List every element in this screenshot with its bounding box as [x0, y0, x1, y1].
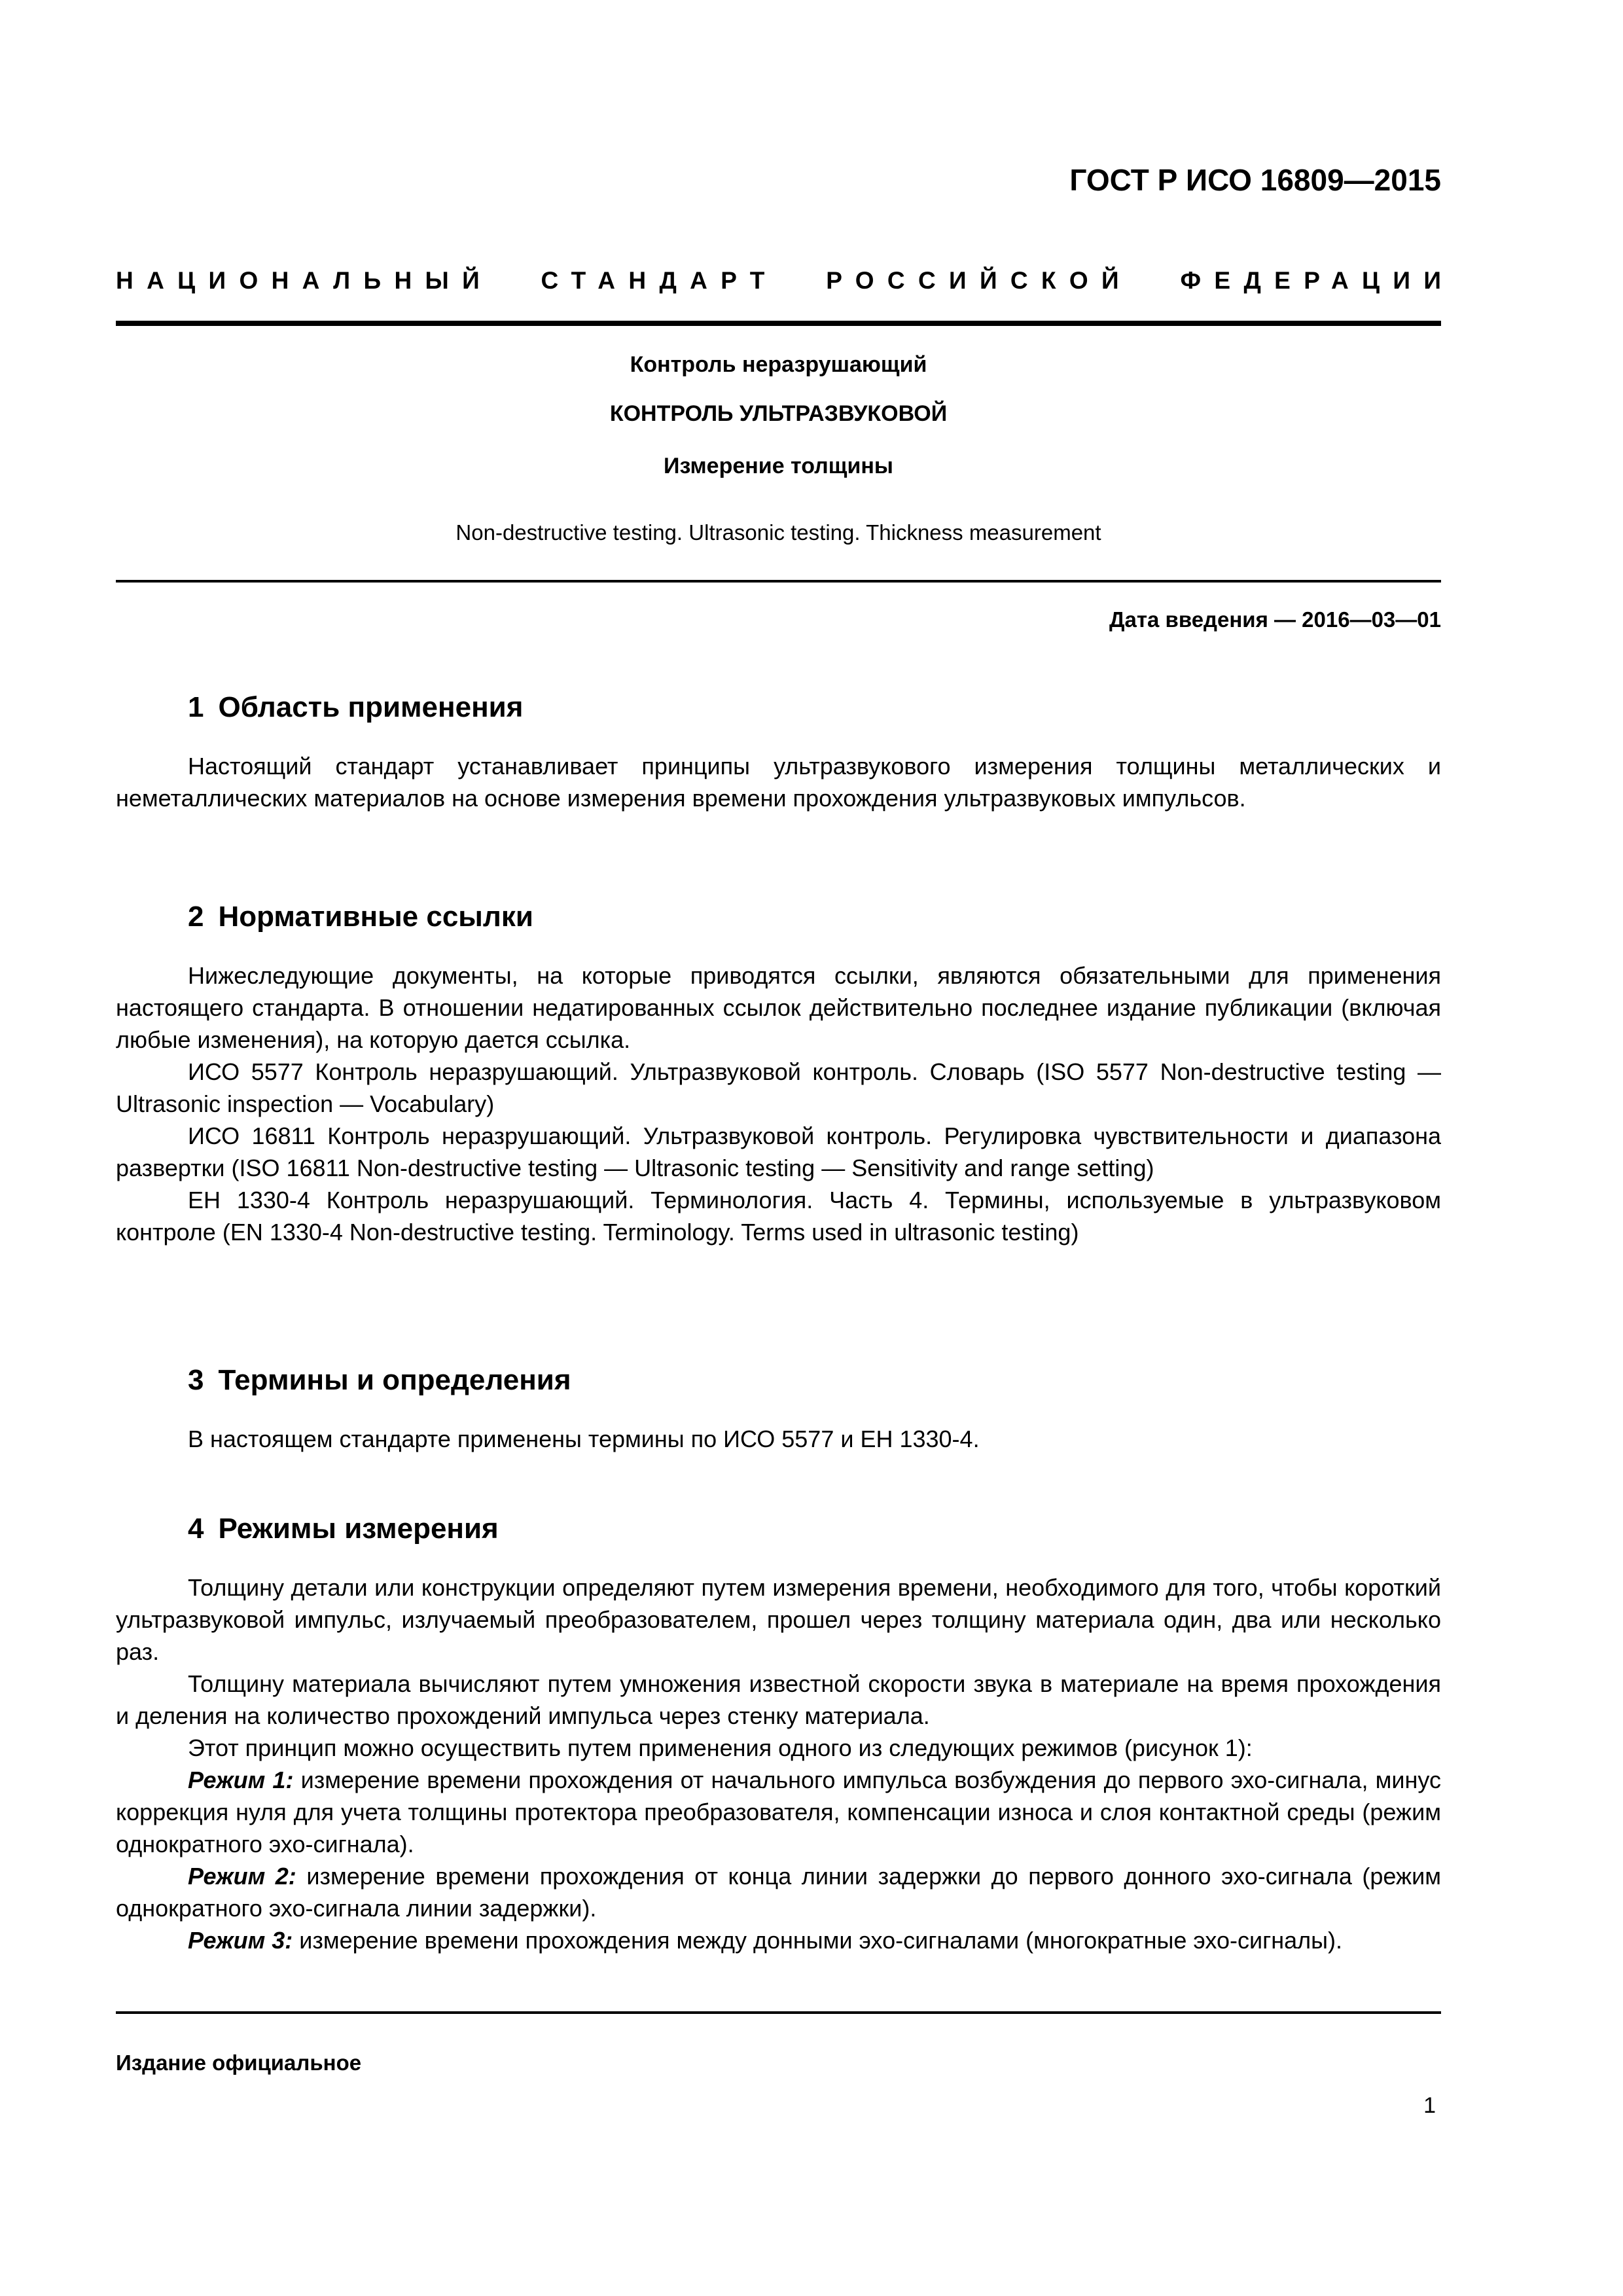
section-title: Термины и определения — [218, 1364, 571, 1396]
section-title: Нормативные ссылки — [218, 901, 533, 933]
official-edition-label: Издание официальное — [116, 2051, 361, 2075]
section-title: Область применения — [218, 691, 523, 723]
reference-iso-16811: ИСО 16811 Контроль неразрушающий. Ультра… — [116, 1120, 1441, 1184]
paragraph: Этот принцип можно осуществить путем при… — [116, 1732, 1441, 1764]
section-number: 4 — [188, 1513, 204, 1545]
section-2: 2Нормативные ссылки Нижеследующие докуме… — [116, 900, 1441, 1248]
standard-code: ГОСТ Р ИСО 16809—2015 — [1069, 162, 1441, 198]
mode-2: Режим 2: измерение времени прохождения о… — [116, 1860, 1441, 1924]
section-heading: 3Термины и определения — [116, 1363, 1441, 1398]
section-number: 2 — [188, 901, 204, 933]
mode-3: Режим 3: измерение времени прохождения м… — [116, 1924, 1441, 1956]
banner-word: НАЦИОНАЛЬНЫЙ — [116, 267, 493, 295]
national-standard-banner: НАЦИОНАЛЬНЫЙ СТАНДАРТ РОССИЙСКОЙ ФЕДЕРАЦ… — [116, 267, 1441, 295]
mode-text: измерение времени прохождения от конца л… — [116, 1863, 1441, 1922]
reference-iso-5577: ИСО 5577 Контроль неразрушающий. Ультраз… — [116, 1056, 1441, 1120]
header-rule — [116, 321, 1441, 326]
title-english: Non-destructive testing. Ultrasonic test… — [116, 520, 1441, 545]
section-number: 3 — [188, 1364, 204, 1396]
title-line-3: Измерение толщины — [116, 454, 1441, 479]
banner-word: СТАНДАРТ — [541, 267, 778, 295]
page-number: 1 — [1423, 2093, 1436, 2119]
title-line-1: Контроль неразрушающий — [116, 352, 1441, 378]
banner-word: ФЕДЕРАЦИИ — [1181, 267, 1455, 295]
section-4: 4Режимы измерения Толщину детали или кон… — [116, 1512, 1441, 1956]
section-heading: 4Режимы измерения — [116, 1512, 1441, 1547]
mode-text: измерение времени прохождения между донн… — [293, 1927, 1342, 1954]
paragraph: Нижеследующие документы, на которые прив… — [116, 960, 1441, 1056]
footer-rule — [116, 2011, 1441, 2014]
mode-label: Режим 2: — [188, 1863, 296, 1890]
section-1: 1Область применения Настоящий стандарт у… — [116, 691, 1441, 814]
paragraph: В настоящем стандарте применены термины … — [116, 1423, 1441, 1455]
mode-label: Режим 1: — [188, 1767, 293, 1793]
title-line-2: КОНТРОЛЬ УЛЬТРАЗВУКОВОЙ — [116, 401, 1441, 427]
mode-text: измерение времени прохождения от начальн… — [116, 1767, 1441, 1857]
section-heading: 2Нормативные ссылки — [116, 900, 1441, 935]
paragraph: Настоящий стандарт устанавливает принцип… — [116, 750, 1441, 814]
section-title: Режимы измерения — [218, 1513, 498, 1545]
mode-label: Режим 3: — [188, 1927, 293, 1954]
reference-en-1330-4: ЕН 1330-4 Контроль неразрушающий. Термин… — [116, 1184, 1441, 1248]
paragraph: Толщину материала вычисляют путем умноже… — [116, 1668, 1441, 1732]
title-rule — [116, 580, 1441, 583]
section-3: 3Термины и определения В настоящем станд… — [116, 1363, 1441, 1455]
mode-1: Режим 1: измерение времени прохождения о… — [116, 1764, 1441, 1860]
banner-word: РОССИЙСКОЙ — [826, 267, 1132, 295]
section-heading: 1Область применения — [116, 691, 1441, 725]
paragraph: Толщину детали или конструкции определяю… — [116, 1571, 1441, 1668]
introduction-date: Дата введения — 2016—03—01 — [1109, 607, 1441, 632]
section-number: 1 — [188, 691, 204, 723]
